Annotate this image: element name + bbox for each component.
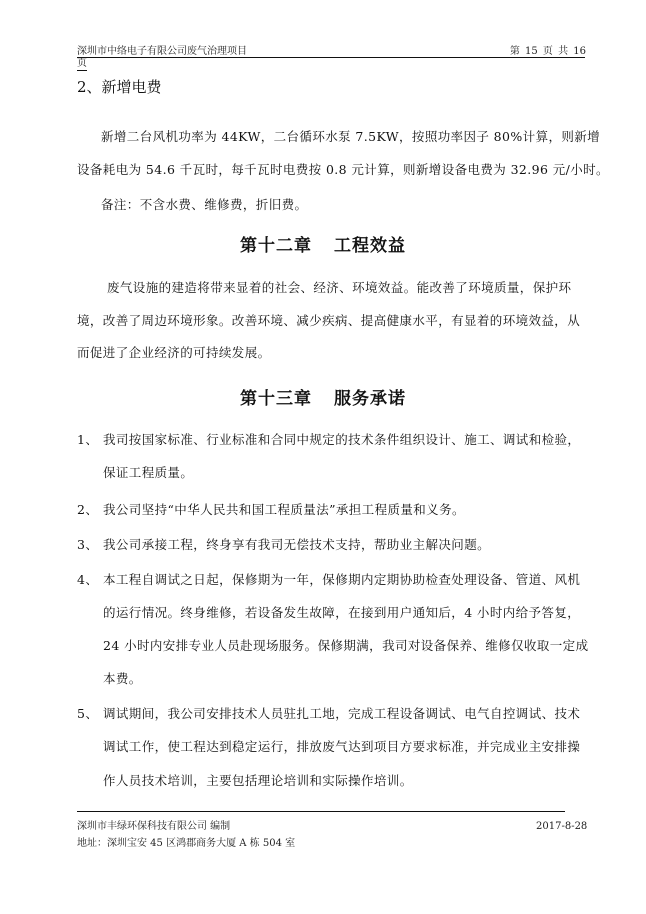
document-page: 深圳市中络电子有限公司废气治理项目 第 15 页 共 16 页 2、新增电费 新… [0,0,646,914]
note-line: 备注：不含水费、维修费，折旧费。 [101,197,307,213]
list-item-line: 本工程自调试之日起，保修期为一年，保修期内定期协助检查处理设备、管道、风机 [103,572,580,588]
list-item-line: 我公司承接工程，终身享有我司无偿技术支持，帮助业主解决问题。 [103,537,490,553]
chapter-13-heading: 第十三章服务承诺 [0,388,646,410]
list-item-number: 5、 [77,706,98,722]
list-item-number: 1、 [77,432,98,448]
footer-company: 深圳市丰绿环保科技有限公司 编制 [77,820,230,833]
header-rule [77,57,585,58]
list-item-line: 本费。 [103,671,142,687]
chapter-number: 第十三章 [240,389,312,409]
paragraph-line: 而促进了企业经济的可持续发展。 [77,345,271,361]
list-item-line: 我司按国家标准、行业标准和合同中规定的技术条件组织设计、施工、调试和检验， [103,432,580,448]
paragraph-line: 新增二台风机功率为 44KW，二台循环水泵 7.5KW，按照功率因子 80%计算… [101,129,600,145]
chapter-title: 服务承诺 [334,389,406,409]
list-item-line: 我公司坚持“中华人民共和国工程质量法”承担工程质量和义务。 [103,502,465,518]
list-item-line: 调试期间，我公司安排技术人员驻扎工地，完成工程设备调试、电气自控调试、技术 [103,706,580,722]
list-item-line: 作人员技术培训，主要包括理论培训和实际操作培训。 [103,773,413,789]
chapter-number: 第十二章 [240,236,312,256]
footer-rule [77,811,565,812]
list-item-line: 调试工作，使工程达到稳定运行，排放废气达到项目方要求标准，并完成业主安排操 [103,739,580,755]
section-subheading: 2、新增电费 [77,77,162,97]
chapter-12-heading: 第十二章工程效益 [0,235,646,257]
paragraph-line: 设备耗电为 54.6 千瓦时，每千瓦时电费按 0.8 元计算，则新增设备电费为 … [77,162,609,178]
footer-address: 地址：深圳宝安 45 区鸿郡商务大厦 A 栋 504 室 [77,837,295,850]
paragraph-line: 境，改善了周边环境形象。改善环境、减少疾病、提高健康水平，有显着的环境效益，从 [77,313,580,329]
footer-date: 2017-8-28 [536,820,587,833]
list-item-line: 的运行情况。终身维修，若设备发生故障，在接到用户通知后，4 小时内给予答复， [103,605,580,621]
paragraph-line: 废气设施的建造将带来显着的社会、经济、环境效益。能改善了环境质量，保护环 [107,280,571,296]
list-item-number: 3、 [77,537,98,553]
list-item-number: 2、 [77,502,98,518]
list-item-line: 保证工程质量。 [103,465,193,481]
list-item-line: 24 小时内安排专业人员赴现场服务。保修期满，我司对设备保养、维修仅收取一定成 [103,638,588,654]
chapter-title: 工程效益 [334,236,406,256]
header-page-suffix: 页 [77,58,87,71]
list-item-number: 4、 [77,572,98,588]
